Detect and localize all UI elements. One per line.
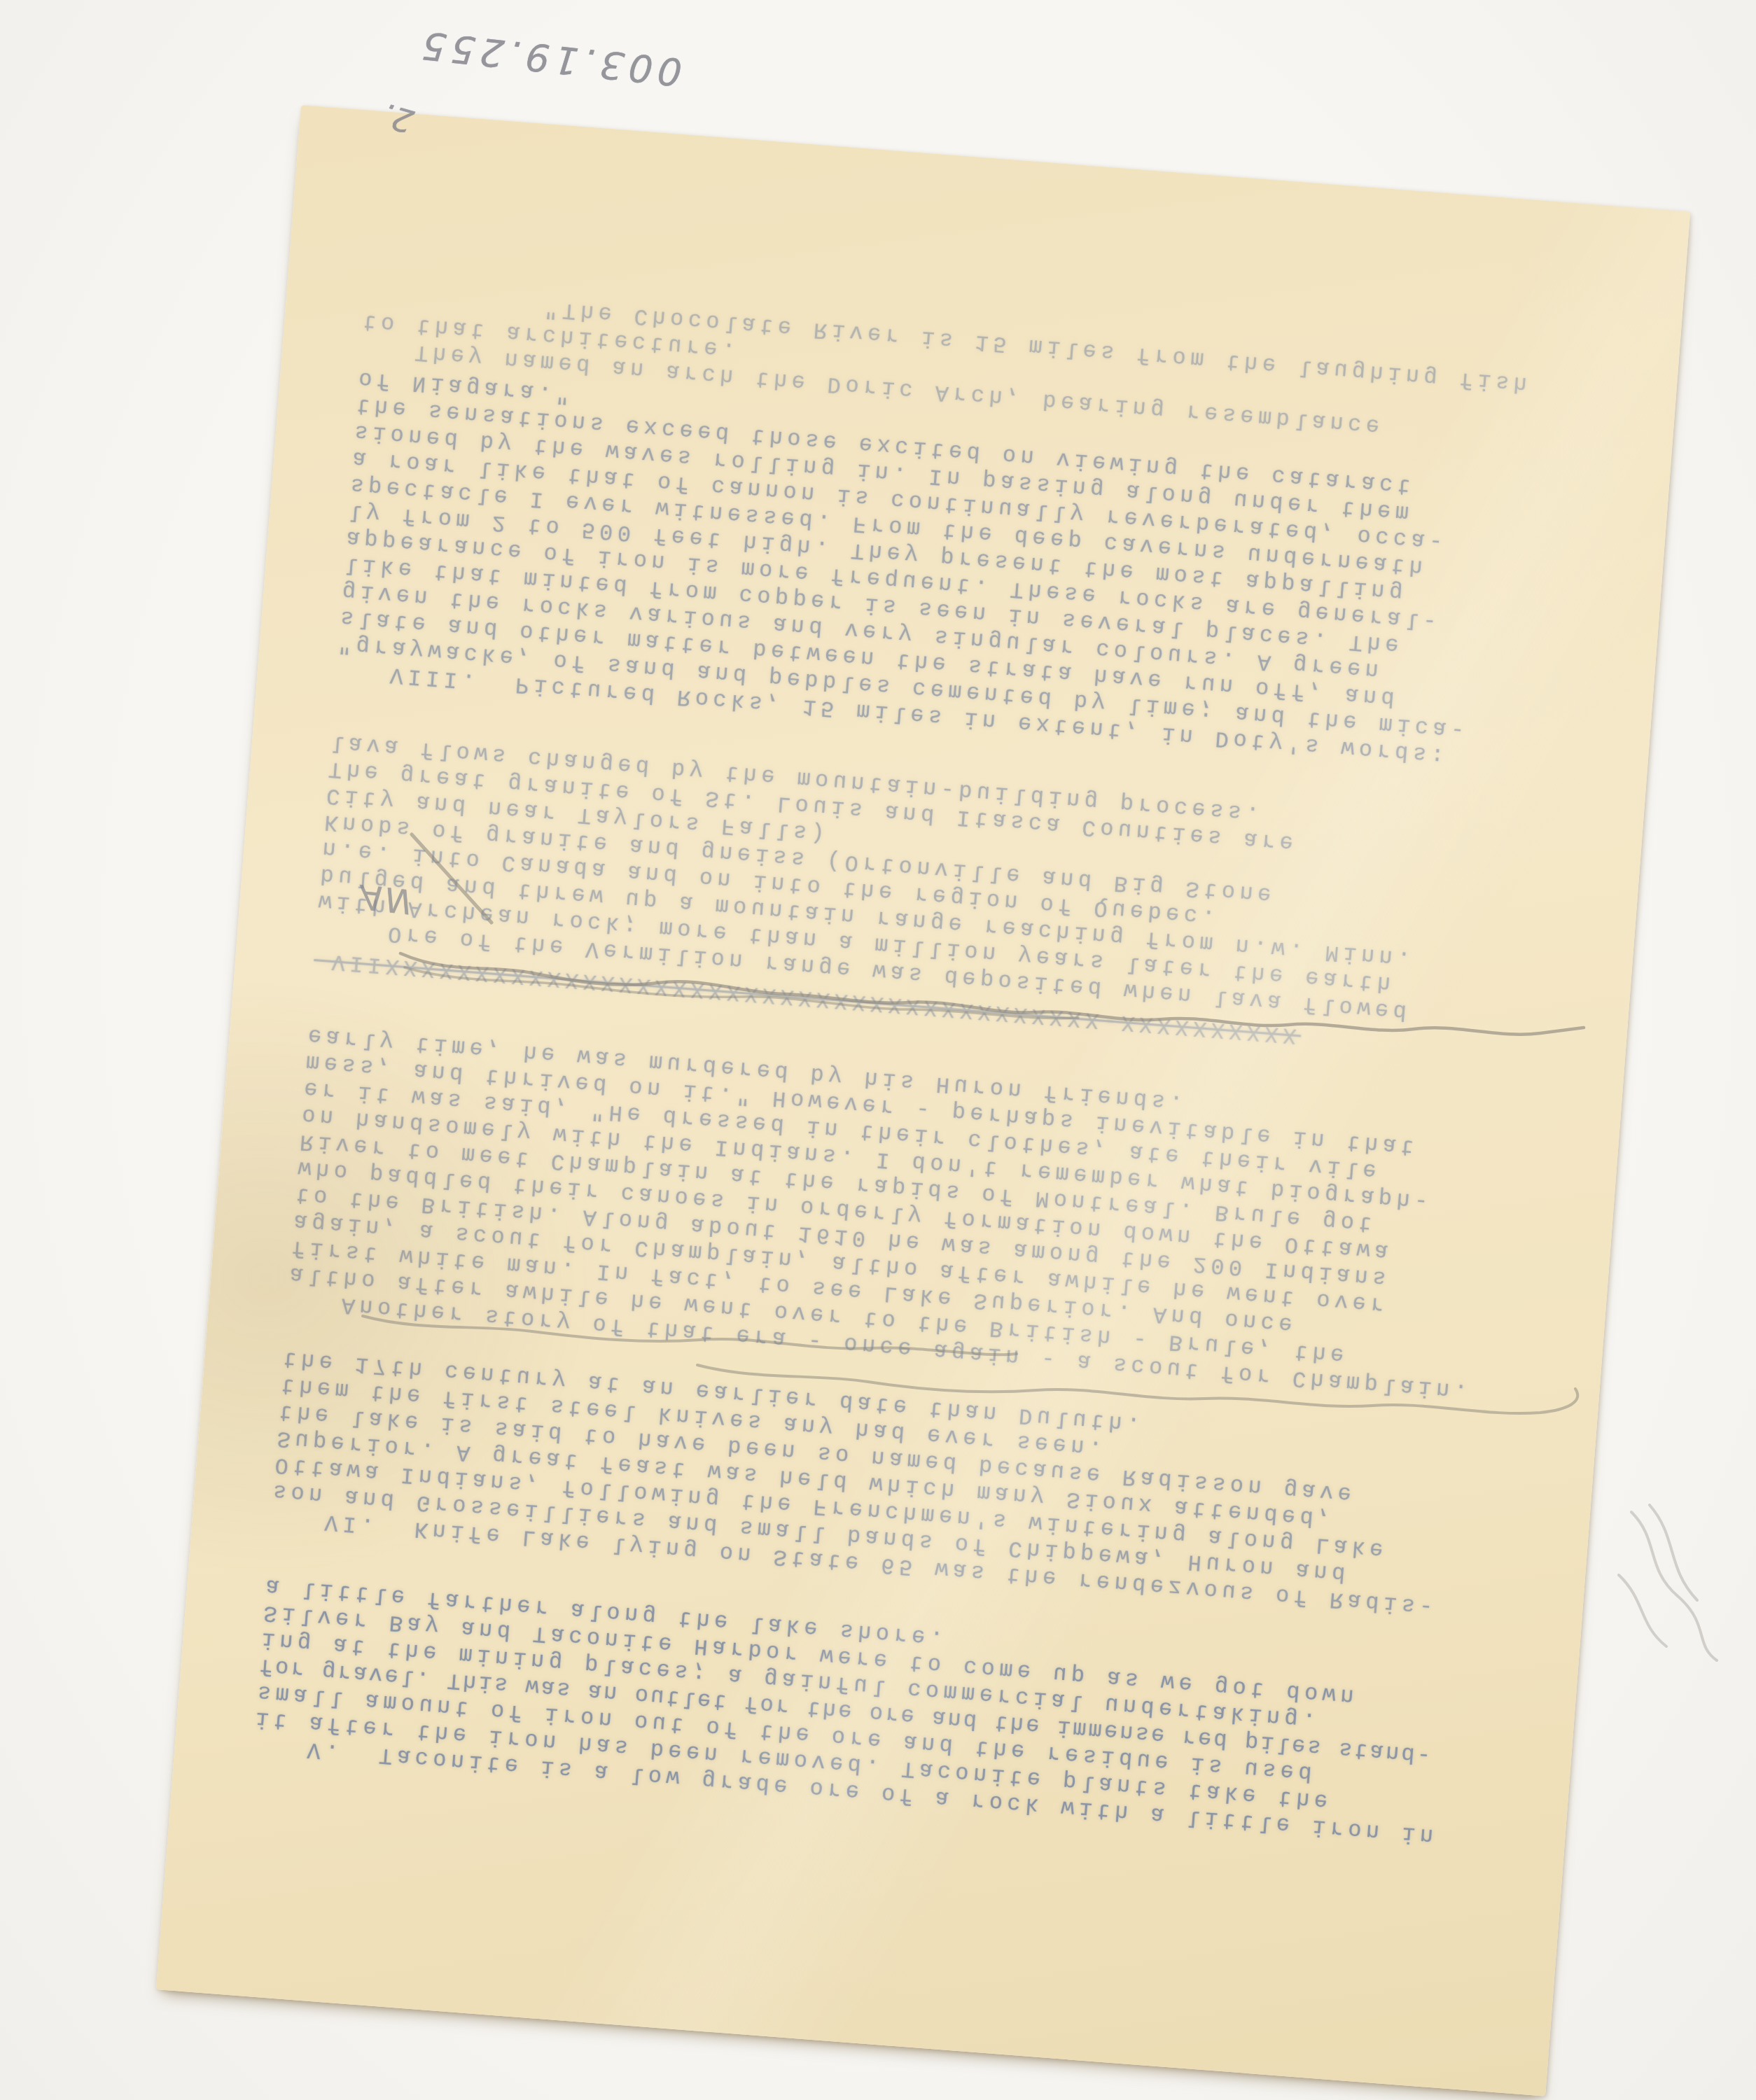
vermilion-geology: Ore of the Vermilion range was deposited… bbox=[315, 729, 1608, 1039]
archive-number-text: 003.19.255 bbox=[415, 22, 684, 94]
typewritten-text-layer: V. Taconite is a low grade ore of a rock… bbox=[156, 105, 1690, 2096]
margin-scrawl bbox=[1619, 1505, 1717, 1660]
margin-insert-text: AN bbox=[358, 876, 415, 921]
archive-number-annotation: 003.19.255 bbox=[408, 22, 691, 94]
margin-insert-annotation: AN bbox=[358, 876, 415, 921]
section-v-taconite: V. Taconite is a low grade ore of a rock… bbox=[253, 1572, 1543, 1856]
brule-anecdote: Another story of that era - once again -… bbox=[286, 1022, 1585, 1412]
paper-sheet: V. Taconite is a low grade ore of a rock… bbox=[156, 105, 1690, 2096]
scanned-page-background: V. Taconite is a low grade ore of a rock… bbox=[0, 0, 1756, 2100]
page-number-text: 2. bbox=[377, 96, 417, 141]
